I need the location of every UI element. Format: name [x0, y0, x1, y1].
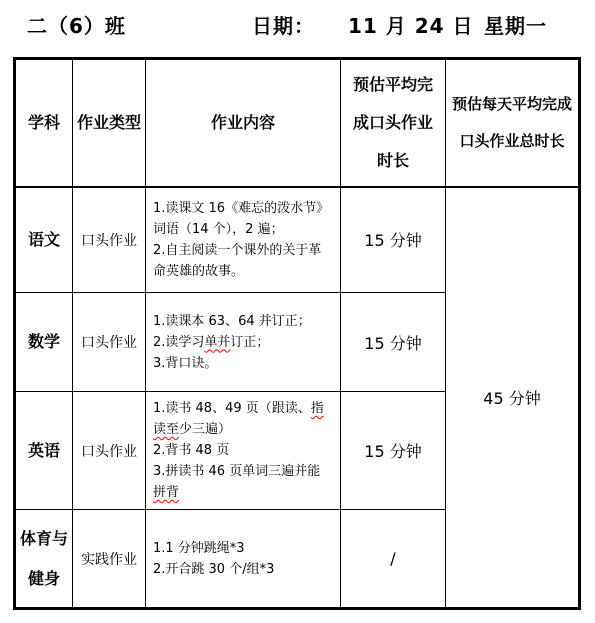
homework-content-cell: 1.1 分钟跳绳*32.开合跳 30 个/组*3: [146, 510, 341, 609]
homework-type-cell: 口头作业: [73, 187, 146, 293]
duration-cell: /: [341, 510, 446, 609]
weekday-label: 星期一: [484, 10, 547, 39]
homework-content-cell: 1.读课文 16《难忘的泼水节》词语（14 个），2 遍；2.自主阅读一个课外的…: [146, 187, 341, 293]
content-item: 1.读书 48、49 页（跟读、指读至少三遍）: [153, 398, 333, 440]
content-item: 3.背口诀。: [153, 353, 333, 374]
content-item: 1.读课文 16《难忘的泼水节》词语（14 个），2 遍；: [153, 198, 333, 240]
class-name-label: 二（6）班: [27, 10, 126, 39]
homework-table: 学科 作业类型 作业内容 预估平均完成口头作业时长 预估每天平均完成口头作业总时…: [13, 57, 581, 610]
subject-cell: 英语: [15, 392, 73, 510]
content-text: 3.背口诀。: [153, 356, 217, 371]
content-item: 2.读学习单并订正；: [153, 332, 333, 353]
content-item: 1.读课本 63、64 并订正；: [153, 311, 333, 332]
content-text: 订正；: [230, 335, 269, 350]
content-text: 少三遍）: [179, 422, 231, 437]
content-text: 3.拼读书 46 页单词三遍并能: [153, 464, 320, 479]
content-text: 2.背书 48 页: [153, 443, 229, 458]
homework-type-cell: 口头作业: [73, 293, 146, 392]
column-header-subject: 学科: [15, 59, 73, 187]
content-text: 1.读课文 16《难忘的泼水节》词语（14 个），2 遍；: [153, 201, 329, 237]
content-text: 2.开合跳 30 个/组*3: [153, 562, 274, 577]
date-label: 日期：: [252, 10, 315, 39]
content-text: 2.读学习: [153, 335, 204, 350]
content-text: 1.读书 48、49 页（跟读、: [153, 401, 311, 416]
duration-cell: 15 分钟: [341, 187, 446, 293]
spellcheck-flagged-text: 单并: [204, 335, 230, 350]
content-item: 2.开合跳 30 个/组*3: [153, 559, 333, 580]
content-item: 2.背书 48 页: [153, 440, 333, 461]
total-duration-cell: 45 分钟: [446, 187, 580, 609]
content-item: 1.1 分钟跳绳*3: [153, 538, 333, 559]
content-text: 1.1 分钟跳绳*3: [153, 541, 245, 556]
subject-cell: 体育与健身: [15, 510, 73, 609]
column-header-type: 作业类型: [73, 59, 146, 187]
table-row: 语文口头作业1.读课文 16《难忘的泼水节》词语（14 个），2 遍；2.自主阅…: [15, 187, 580, 293]
homework-content-cell: 1.读书 48、49 页（跟读、指读至少三遍）2.背书 48 页3.拼读书 46…: [146, 392, 341, 510]
homework-type-cell: 实践作业: [73, 510, 146, 609]
subject-cell: 数学: [15, 293, 73, 392]
homework-content-cell: 1.读课本 63、64 并订正；2.读学习单并订正；3.背口诀。: [146, 293, 341, 392]
duration-cell: 15 分钟: [341, 293, 446, 392]
subject-cell: 语文: [15, 187, 73, 293]
content-text: 1.读课本 63、64 并订正；: [153, 314, 311, 329]
header-row: 学科 作业类型 作业内容 预估平均完成口头作业时长 预估每天平均完成口头作业总时…: [15, 59, 580, 187]
column-header-content: 作业内容: [146, 59, 341, 187]
document-title-bar: 二（6）班 日期： 11 月 24 日 星期一: [0, 0, 595, 57]
column-header-total-duration: 预估每天平均完成口头作业总时长: [446, 59, 580, 187]
content-text: 2.自主阅读一个课外的关于革命英雄的故事。: [153, 243, 321, 279]
content-item: 3.拼读书 46 页单词三遍并能拼背: [153, 461, 333, 503]
spellcheck-flagged-text: 拼背: [153, 485, 179, 500]
date-value: 11 月 24 日: [348, 10, 474, 39]
homework-type-cell: 口头作业: [73, 392, 146, 510]
table-body: 语文口头作业1.读课文 16《难忘的泼水节》词语（14 个），2 遍；2.自主阅…: [15, 187, 580, 609]
duration-cell: 15 分钟: [341, 392, 446, 510]
content-item: 2.自主阅读一个课外的关于革命英雄的故事。: [153, 240, 333, 282]
column-header-estimated-duration: 预估平均完成口头作业时长: [341, 59, 446, 187]
